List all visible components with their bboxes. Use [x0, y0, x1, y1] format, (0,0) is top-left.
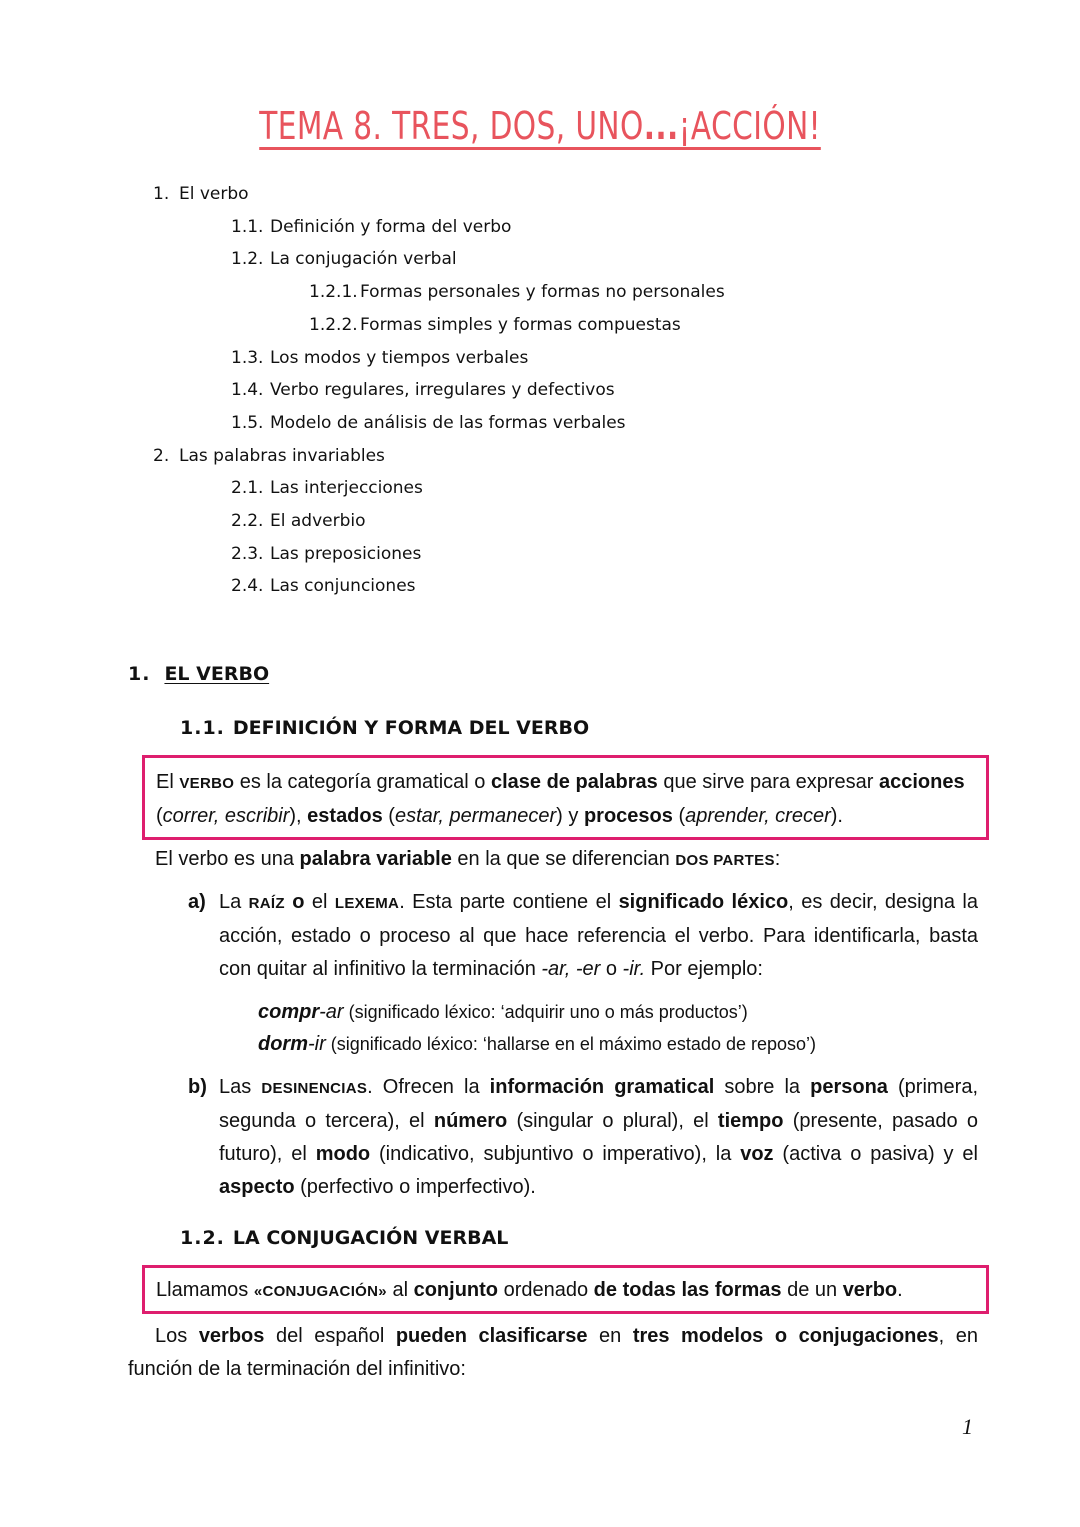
term-verbo: VERBO [179, 775, 234, 792]
toc-item: 2.3.Las preposiciones [231, 544, 421, 564]
toc-number: 1.3. [231, 348, 270, 368]
text: ) y [556, 805, 584, 827]
example-ending: -ir [308, 1033, 326, 1055]
toc-item: 1.El verbo [153, 184, 249, 204]
section-number: 1. [128, 663, 150, 685]
subsection-label: LA CONJUGACIÓN VERBAL [233, 1227, 509, 1249]
bold-term: conjunto [414, 1279, 498, 1301]
text: ( [156, 805, 163, 827]
toc-item: 2.4.Las conjunciones [231, 576, 416, 596]
bold-term: verbos [199, 1325, 265, 1347]
text: El verbo es una [155, 848, 300, 870]
toc-number: 2.4. [231, 576, 270, 596]
text: al [387, 1279, 414, 1301]
text: (singular o plural), el [507, 1110, 718, 1132]
example-ending: -ar [319, 1001, 343, 1023]
bold-term: información gramatical [490, 1076, 715, 1098]
subsection-heading-conjugacion: 1.2.LA CONJUGACIÓN VERBAL [180, 1227, 508, 1249]
subsection-number: 1.2. [180, 1227, 225, 1249]
title-suffix: ¡ACCIÓN! [679, 104, 821, 148]
page-number: 1 [962, 1414, 973, 1440]
term-desinencias: DESINENCIAS [261, 1080, 367, 1097]
section-label: EL VERBO [164, 663, 269, 685]
bold-term: tiempo [718, 1110, 784, 1132]
text: del español [264, 1325, 395, 1347]
definition-box-conjugacion: Llamamos «CONJUGACIÓN» al conjunto orden… [142, 1265, 989, 1314]
toc-label: Las preposiciones [270, 544, 421, 564]
example-gloss: (significado léxico: ‘adquirir uno o más… [344, 1002, 748, 1022]
toc-number: 1.5. [231, 413, 270, 433]
text: El [156, 771, 179, 793]
subsection-label: DEFINICIÓN Y FORMA DEL VERBO [233, 717, 589, 739]
toc-label: El adverbio [270, 511, 366, 531]
toc-label: La conjugación verbal [270, 249, 457, 269]
term-dos-partes: DOS PARTES [675, 852, 774, 869]
text: sobre la [714, 1076, 810, 1098]
text: (activa o pasiva) y el [774, 1143, 978, 1165]
bold-term: significado léxico [619, 891, 789, 913]
text: . Esta parte contiene el [399, 891, 618, 913]
bold-term: aspecto [219, 1176, 295, 1198]
text: (perfectivo o imperfectivo). [295, 1176, 536, 1198]
bold-term: número [434, 1110, 507, 1132]
section-heading-el-verbo: 1.EL VERBO [128, 663, 269, 685]
toc-item: 1.4.Verbo regulares, irregulares y defec… [231, 380, 615, 400]
toc-label: Definición y forma del verbo [270, 217, 511, 237]
bold-term: modo [316, 1143, 370, 1165]
bold-term: persona [810, 1076, 888, 1098]
toc-label: El verbo [179, 184, 249, 204]
bold-term: verbo [843, 1279, 897, 1301]
example-text: estar, permanecer [395, 805, 556, 827]
text: La [219, 891, 249, 913]
toc-label: Las palabras invariables [179, 446, 385, 466]
text: . [897, 1279, 903, 1301]
bold-term: tres modelos o conjugaciones [633, 1325, 939, 1347]
toc-number: 1.2.1. [309, 282, 360, 302]
example-text: aprender, crecer [685, 805, 831, 827]
text: en la que se diferencian [452, 848, 676, 870]
toc-label: Los modos y tiempos verbales [270, 348, 528, 368]
toc-label: Las interjecciones [270, 478, 423, 498]
example-line: compr-ar (significado léxico: ‘adquirir … [258, 996, 816, 1028]
toc-number: 1.4. [231, 380, 270, 400]
text: . Ofrecen la [367, 1076, 490, 1098]
bold-term: de todas las formas [594, 1279, 782, 1301]
bold-term: pueden clasificarse [396, 1325, 588, 1347]
title-text: TEMA 8. TRES, DOS, UNO [259, 104, 643, 148]
text: : [775, 848, 781, 870]
bold-term: palabra variable [300, 848, 452, 870]
example-text: correr, escribir [163, 805, 290, 827]
toc-number: 2.3. [231, 544, 270, 564]
paragraph-modelos: Los verbos del español pueden clasificar… [128, 1320, 978, 1386]
toc-label: Verbo regulares, irregulares y defectivo… [270, 380, 615, 400]
toc-item: 1.2.2.Formas simples y formas compuestas [309, 315, 681, 335]
text: es la categoría gramatical o [234, 771, 491, 793]
examples-list: compr-ar (significado léxico: ‘adquirir … [258, 996, 816, 1060]
toc-number: 2.1. [231, 478, 270, 498]
text: ). [831, 805, 843, 827]
text: o [600, 958, 622, 980]
list-marker: b) [188, 1071, 207, 1104]
toc-item: 1.3.Los modos y tiempos verbales [231, 348, 528, 368]
text: o [285, 891, 305, 913]
list-item-desinencias: b) Las DESINENCIAS. Ofrecen la informaci… [188, 1071, 978, 1204]
toc-number: 2. [153, 446, 179, 466]
title-dots: ... [644, 104, 679, 148]
bold-term: clase de palabras [491, 771, 658, 793]
text: que sirve para expresar [658, 771, 879, 793]
toc-number: 1. [153, 184, 179, 204]
subsection-heading-definicion: 1.1.DEFINICIÓN Y FORMA DEL VERBO [180, 717, 589, 739]
text: ( [673, 805, 685, 827]
term-raiz: RAÍZ [249, 895, 285, 912]
text: ), [289, 805, 307, 827]
toc-number: 2.2. [231, 511, 270, 531]
subsection-number: 1.1. [180, 717, 225, 739]
text: ordenado [498, 1279, 594, 1301]
definition-box-verbo: El VERBO es la categoría gramatical o cl… [142, 755, 989, 840]
bold-term: voz [740, 1143, 773, 1165]
text: Por ejemplo: [645, 958, 763, 980]
toc-label: Formas simples y formas compuestas [360, 315, 681, 335]
text: Llamamos [156, 1279, 254, 1301]
toc-item: 2.1.Las interjecciones [231, 478, 423, 498]
bold-term: acciones [879, 771, 965, 793]
text: Las [219, 1076, 261, 1098]
text: ( [383, 805, 395, 827]
text: (indicativo, subjuntivo o imperativo), l… [370, 1143, 740, 1165]
toc-item: 2.2.El adverbio [231, 511, 366, 531]
toc-label: Modelo de análisis de las formas verbale… [270, 413, 626, 433]
text: Los [155, 1325, 199, 1347]
toc-item: 1.2.1.Formas personales y formas no pers… [309, 282, 725, 302]
example-line: dorm-ir (significado léxico: ‘hallarse e… [258, 1028, 816, 1060]
text: de un [782, 1279, 843, 1301]
list-item-raiz: a) La RAÍZ o el LEXEMA. Esta parte conti… [188, 886, 978, 986]
toc-number: 1.2. [231, 249, 270, 269]
text: el [304, 891, 334, 913]
paragraph-dos-partes: El verbo es una palabra variable en la q… [155, 843, 780, 877]
toc-item: 1.5.Modelo de análisis de las formas ver… [231, 413, 626, 433]
bold-term: estados [307, 805, 383, 827]
document-title: TEMA 8. TRES, DOS, UNO...¡ACCIÓN! [0, 104, 1080, 150]
example-text: -ar, -er [541, 958, 600, 980]
toc-item: 2.Las palabras invariables [153, 446, 385, 466]
toc-label: Formas personales y formas no personales [360, 282, 725, 302]
example-gloss: (significado léxico: ‘hallarse en el máx… [326, 1034, 816, 1054]
text: en [587, 1325, 632, 1347]
toc-number: 1.2.2. [309, 315, 360, 335]
example-root: compr [258, 1001, 319, 1023]
toc-item: 1.2.La conjugación verbal [231, 249, 457, 269]
toc-label: Las conjunciones [270, 576, 416, 596]
term-conjugacion: «CONJUGACIÓN» [254, 1283, 387, 1300]
list-marker: a) [188, 886, 206, 919]
example-root: dorm [258, 1033, 308, 1055]
toc-item: 1.1.Definición y forma del verbo [231, 217, 511, 237]
example-text: -ir. [623, 958, 646, 980]
bold-term: procesos [584, 805, 673, 827]
term-lexema: LEXEMA [335, 895, 399, 912]
toc-number: 1.1. [231, 217, 270, 237]
